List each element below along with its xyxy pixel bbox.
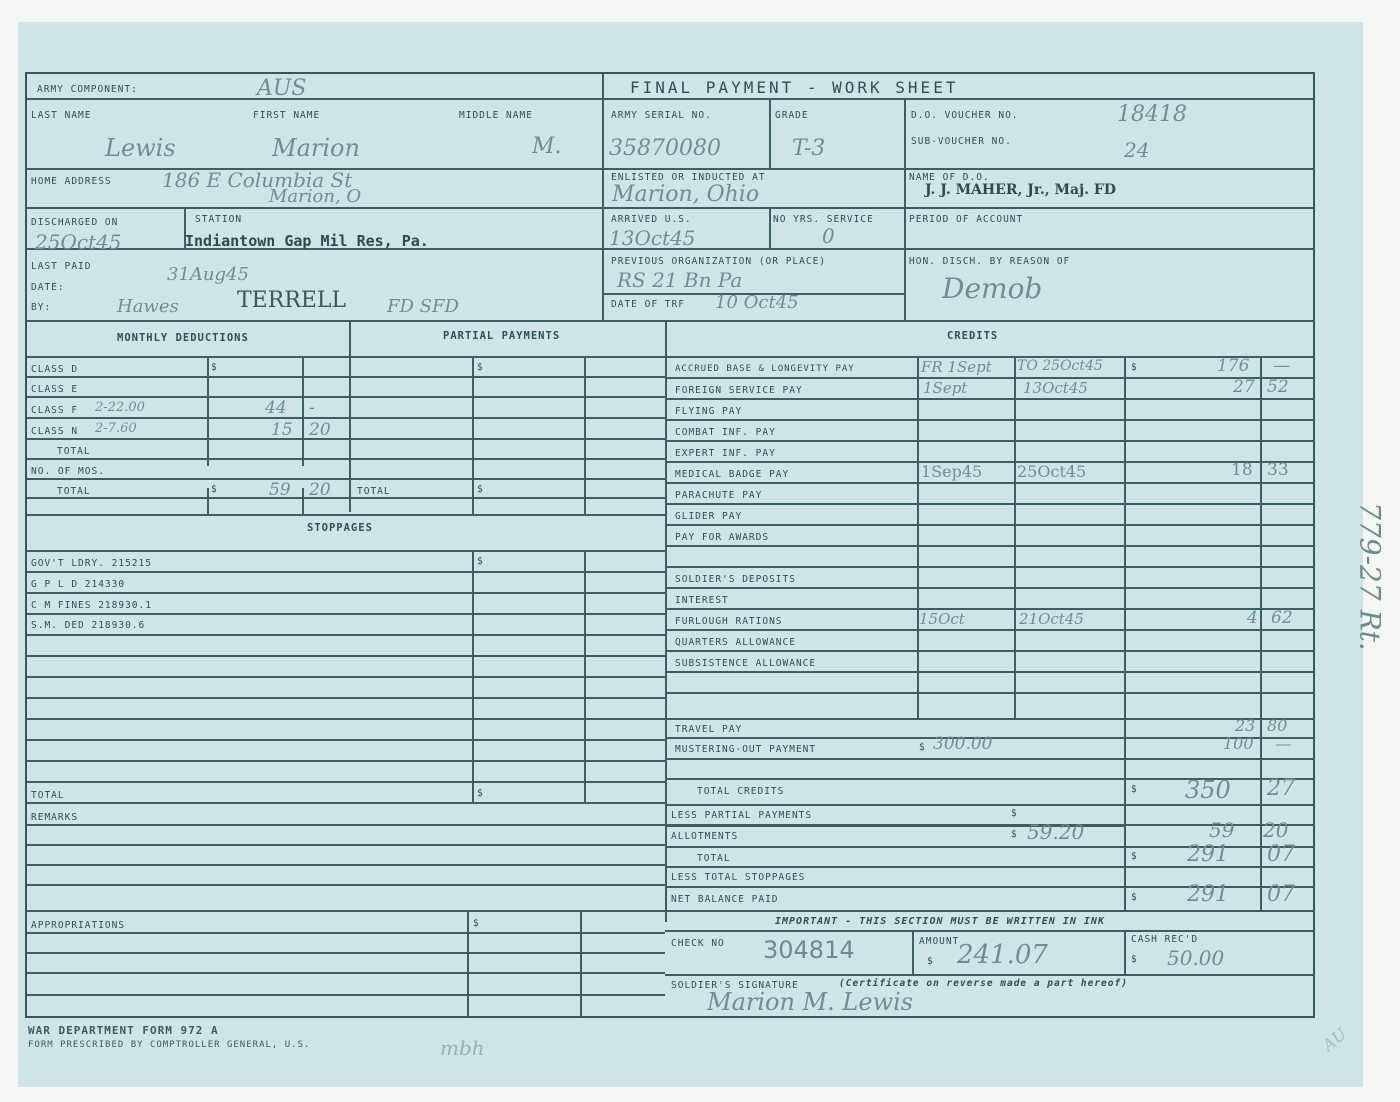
last-paid-date-label: DATE:: [31, 282, 65, 293]
hon-disch-value: Demob: [942, 272, 1042, 305]
credit-furlough-from: 15Oct: [919, 610, 965, 628]
credit-accrued-to: TO 25Oct45: [1017, 358, 1103, 374]
first-name-value: Marion: [272, 134, 360, 162]
stoppage-row: C M FINES 218930.1: [31, 600, 152, 611]
travel-pay-cents: 80: [1267, 716, 1287, 735]
credit-accrued-cents: —: [1273, 356, 1290, 376]
last-name-value: Lewis: [105, 134, 176, 162]
partial-payments-title: PARTIAL PAYMENTS: [443, 330, 560, 342]
first-name-label: FIRST NAME: [253, 110, 320, 121]
enlisted-value: Marion, Ohio: [612, 182, 759, 207]
grade-value: T-3: [792, 136, 825, 161]
less-partial-payments-sign: $: [1011, 808, 1018, 819]
last-paid-date-value: 31Aug45: [167, 264, 249, 285]
discharged-value: 25Oct45: [35, 230, 122, 254]
deduction-class-f: CLASS F: [31, 405, 78, 416]
home-address-label: HOME ADDRESS: [31, 176, 112, 187]
credit-medical-to: 25Oct45: [1017, 462, 1086, 481]
credit-expert-inf-pay: EXPERT INF. PAY: [675, 448, 776, 459]
deduction-total-cents: 20: [309, 480, 331, 500]
amount-label: AMOUNT: [919, 936, 959, 947]
trf-date-value: 10 Oct45: [715, 292, 799, 313]
deduction-class-f-dollars: 44: [265, 398, 287, 418]
stoppages-title: STOPPAGES: [307, 522, 373, 534]
arrived-value: 13Oct45: [609, 226, 696, 250]
voucher-label: D.O. VOUCHER NO.: [911, 110, 1019, 121]
deduction-class-n-cents: 20: [309, 420, 331, 440]
cash-received-label: CASH REC'D: [1131, 934, 1198, 945]
total-credits-label: TOTAL CREDITS: [697, 786, 784, 797]
voucher-value: 18418: [1117, 102, 1187, 127]
last-paid-by-prefix: Hawes: [117, 296, 179, 317]
credit-foreign-service: FOREIGN SERVICE PAY: [675, 385, 803, 396]
last-paid-label: LAST PAID: [31, 261, 91, 272]
margin-note: 779-27 Rt.: [1354, 502, 1387, 651]
middle-name-label: MIDDLE NAME: [459, 110, 533, 121]
prev-org-value: RS 21 Bn Pa: [617, 268, 742, 292]
credit-medical-from: 1Sep45: [921, 462, 982, 481]
hon-disch-label: HON. DISCH. BY REASON OF: [909, 256, 1070, 267]
deduction-class-e: CLASS E: [31, 384, 78, 395]
mustering-out-amount: 300.00: [933, 734, 992, 754]
deduction-class-f-cents: -: [309, 398, 315, 418]
monthly-deductions-title: MONTHLY DEDUCTIONS: [117, 332, 249, 344]
sub-voucher-value: 24: [1124, 138, 1149, 162]
stoppages-total-sign: $: [477, 788, 484, 799]
stoppages-sign: $: [477, 556, 484, 567]
credit-accrued-dollars: 176: [1217, 356, 1249, 376]
credits-title: CREDITS: [947, 330, 998, 342]
footer-initials: mbh: [440, 1036, 485, 1060]
trf-date-label: DATE OF TRF: [611, 299, 685, 310]
deduction-total-dollars: 59: [269, 480, 291, 500]
credit-pay-for-awards: PAY FOR AWARDS: [675, 532, 769, 543]
ink-notice: IMPORTANT - THIS SECTION MUST BE WRITTEN…: [775, 916, 1105, 927]
credit-furlough-rations: FURLOUGH RATIONS: [675, 616, 783, 627]
period-label: PERIOD OF ACCOUNT: [909, 214, 1023, 225]
credit-flying-pay: FLYING PAY: [675, 406, 742, 417]
cash-received-value: 50.00: [1167, 946, 1224, 970]
net-balance-label: NET BALANCE PAID: [671, 894, 779, 905]
amount-value: 241.07: [957, 940, 1048, 970]
credit-furlough-to: 21Oct45: [1019, 610, 1084, 628]
partial-payments-total-sign: $: [477, 484, 484, 495]
appropriations-sign: $: [473, 918, 480, 929]
mustering-out-label: MUSTERING-OUT PAYMENT: [675, 744, 816, 755]
cash-received-sign: $: [1131, 954, 1138, 965]
credit-accrued-base: ACCRUED BASE & LONGEVITY PAY: [675, 364, 855, 374]
serial-value: 35870080: [609, 136, 721, 161]
last-paid-by-name: TERRELL: [237, 288, 346, 313]
credit-soldiers-deposits: SOLDIER'S DEPOSITS: [675, 574, 796, 585]
last-name-label: LAST NAME: [31, 110, 91, 121]
deduction-subtotal-label: TOTAL: [57, 446, 91, 457]
form-title: FINAL PAYMENT - WORK SHEET: [630, 78, 958, 97]
station-label: STATION: [195, 214, 242, 225]
allotments-amount: 59.20: [1027, 820, 1084, 844]
stoppages-total-label: TOTAL: [31, 790, 65, 801]
deduction-total-label: TOTAL: [57, 486, 91, 497]
margin-note-container: 779-27 Rt.: [1354, 477, 1387, 677]
soldier-signature: Marion M. Lewis: [707, 988, 913, 1016]
total-credits-cents: 27: [1267, 776, 1295, 801]
total-credits-sign: $: [1131, 784, 1138, 795]
prev-org-label: PREVIOUS ORGANIZATION (OR PLACE): [611, 256, 826, 267]
final-payment-worksheet: ARMY COMPONENT: AUS FINAL PAYMENT - WORK…: [25, 72, 1315, 1018]
deduction-class-n-note: 2-7.60: [95, 421, 137, 436]
check-no-value: 304814: [763, 936, 855, 964]
form-number: WAR DEPARTMENT FORM 972 A: [28, 1024, 219, 1037]
credits-total-label: TOTAL: [697, 853, 731, 864]
deduction-class-n-dollars: 15: [271, 420, 293, 440]
remarks-label: REMARKS: [31, 812, 78, 823]
mustering-out-dollars: 100: [1223, 734, 1254, 753]
stoppage-row: GOV'T LDRY. 215215: [31, 558, 152, 569]
credit-quarters-allowance: QUARTERS ALLOWANCE: [675, 637, 796, 648]
less-partial-payments-label: LESS PARTIAL PAYMENTS: [671, 810, 812, 821]
form-prescribed: FORM PRESCRIBED BY COMPTROLLER GENERAL, …: [28, 1040, 310, 1050]
serial-label: ARMY SERIAL NO.: [611, 110, 712, 121]
check-no-label: CHECK NO: [671, 938, 725, 949]
allotments-dollars: 59: [1209, 818, 1234, 842]
appropriations-label: APPROPRIATIONS: [31, 920, 125, 931]
credit-foreign-to: 13Oct45: [1023, 379, 1088, 397]
stoppage-row: G P L D 214330: [31, 579, 125, 590]
deduction-total-sign: $: [211, 484, 218, 495]
army-component-value: AUS: [257, 76, 307, 101]
credit-combat-inf-pay: COMBAT INF. PAY: [675, 427, 776, 438]
credit-medical-badge-pay: MEDICAL BADGE PAY: [675, 469, 789, 480]
years-service-value: 0: [822, 224, 835, 248]
allotments-label: ALLOTMENTS: [671, 831, 738, 842]
army-component-label: ARMY COMPONENT:: [37, 84, 138, 95]
net-balance-cents: 07: [1267, 882, 1295, 907]
arrived-label: ARRIVED U.S.: [611, 214, 692, 225]
grade-label: GRADE: [775, 110, 809, 121]
less-total-stoppages-label: LESS TOTAL STOPPAGES: [671, 872, 805, 883]
credits-total-dollars: 291: [1187, 842, 1229, 867]
credit-foreign-from: 1Sept: [923, 379, 967, 397]
do-name-value: J. J. MAHER, Jr., Maj. FD: [925, 182, 1116, 198]
sub-voucher-label: SUB-VOUCHER NO.: [911, 136, 1012, 147]
total-credits-dollars: 350: [1185, 776, 1231, 804]
credits-total-cents: 07: [1267, 842, 1295, 867]
credit-accrued-from: FR 1Sept: [921, 358, 992, 376]
credit-accrued-sign: $: [1131, 362, 1138, 373]
allotments-sign: $: [1011, 829, 1018, 840]
credit-medical-cents: 33: [1267, 460, 1289, 480]
home-address-line2: Marion, O: [269, 186, 361, 207]
amount-sign: $: [927, 956, 934, 967]
credit-medical-dollars: 18: [1231, 460, 1253, 480]
last-paid-by-label: BY:: [31, 302, 51, 313]
credit-parachute-pay: PARACHUTE PAY: [675, 490, 762, 501]
middle-name-value: M.: [532, 134, 562, 159]
credit-glider-pay: GLIDER PAY: [675, 511, 742, 522]
station-value: Indiantown Gap Mil Res, Pa.: [185, 232, 429, 250]
travel-pay-dollars: 23: [1235, 716, 1255, 735]
partial-payments-total-label: TOTAL: [357, 486, 391, 497]
travel-pay-label: TRAVEL PAY: [675, 724, 742, 735]
discharged-label: DISCHARGED ON: [31, 217, 118, 228]
last-paid-by-suffix: FD SFD: [387, 296, 459, 317]
credit-subsistence-allowance: SUBSISTENCE ALLOWANCE: [675, 658, 816, 669]
credit-furlough-cents: 62: [1271, 608, 1293, 628]
mustering-out-sign: $: [919, 742, 926, 753]
deduction-months-label: NO. OF MOS.: [31, 466, 105, 477]
deduction-dollar-sign: $: [211, 362, 218, 373]
credit-foreign-dollars: 27: [1233, 377, 1255, 397]
allotments-cents: 20: [1263, 818, 1288, 842]
deduction-class-f-note: 2-22.00: [95, 400, 145, 415]
credit-interest: INTEREST: [675, 595, 729, 606]
credit-foreign-cents: 52: [1267, 377, 1289, 397]
deduction-class-n: CLASS N: [31, 426, 78, 437]
deduction-class-d: CLASS D: [31, 364, 78, 375]
partial-payments-sign: $: [477, 362, 484, 373]
stoppage-row: S.M. DED 218930.6: [31, 620, 145, 631]
credits-total-sign: $: [1131, 851, 1138, 862]
net-balance-dollars: 291: [1187, 882, 1229, 907]
credit-furlough-dollars: 4: [1247, 608, 1258, 628]
net-balance-sign: $: [1131, 892, 1138, 903]
mustering-out-cents: —: [1275, 734, 1291, 753]
